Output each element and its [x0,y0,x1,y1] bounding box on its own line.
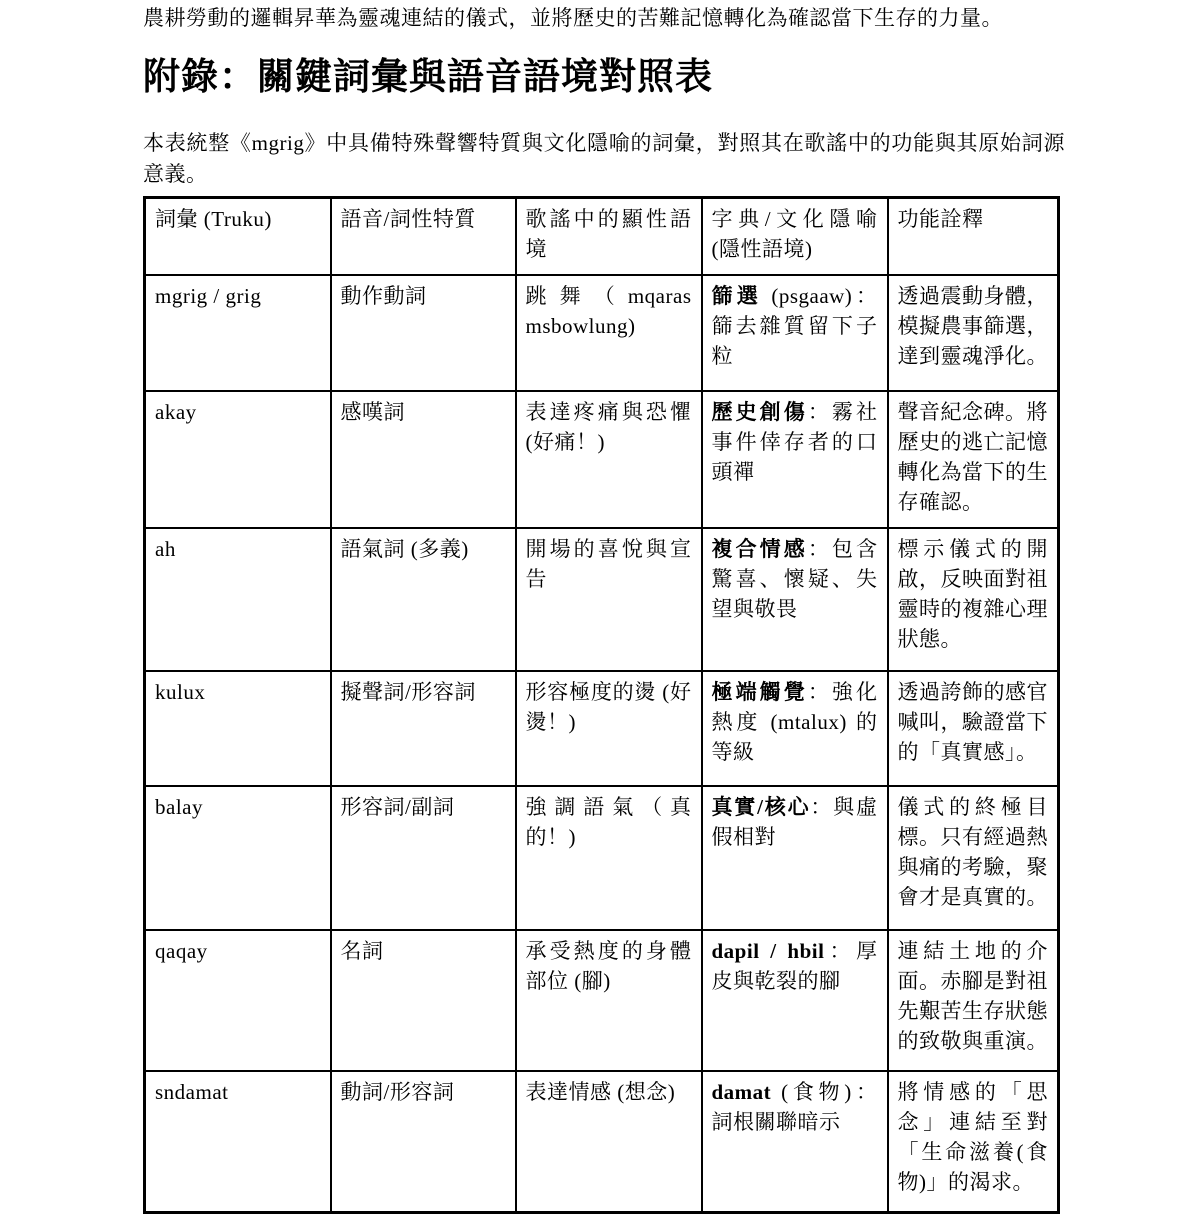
implicit-context-cell: 複合情感：包含驚喜、懷疑、失望與敬畏 [702,528,888,671]
implicit-term-lead: dapil / hbil [712,939,825,963]
explicit-context-cell: 表達情感 (想念) [516,1071,702,1213]
implicit-context-cell: 歷史創傷：霧社事件倖存者的口頭禪 [702,391,888,528]
header-cell-term: 詞彙 (Truku) [145,198,331,275]
function-cell: 儀式的終極目標。只有經過熱與痛的考驗，聚會才是真實的。 [888,786,1059,930]
table-row: balay 形容詞/副詞 強調語氣（真的！) 真實/核心：與虛假相對 儀式的終極… [145,786,1059,930]
phonetics-cell: 語氣詞 (多義) [331,528,516,671]
explicit-context-cell: 跳舞（mqaras msbowlung) [516,275,702,391]
implicit-term-lead: 極端觸覺 [712,680,808,704]
table-row: ah 語氣詞 (多義) 開場的喜悅與宣告 複合情感：包含驚喜、懷疑、失望與敬畏 … [145,528,1059,671]
implicit-context-cell: damat (食物)：詞根關聯暗示 [702,1071,888,1213]
phonetics-cell: 動詞/形容詞 [331,1071,516,1213]
phonetics-cell: 感嘆詞 [331,391,516,528]
document-page: 農耕勞動的邏輯昇華為靈魂連結的儀式，並將歷史的苦難記憶轉化為確認當下生存的力量。… [0,0,1200,1218]
header-cell-phonetics: 語音/詞性特質 [331,198,516,275]
explicit-context-cell: 承受熱度的身體部位 (腳) [516,930,702,1071]
explicit-context-cell: 形容極度的燙 (好燙！) [516,671,702,786]
table-row: kulux 擬聲詞/形容詞 形容極度的燙 (好燙！) 極端觸覺：強化熱度 (mt… [145,671,1059,786]
table-row: sndamat 動詞/形容詞 表達情感 (想念) damat (食物)：詞根關聯… [145,1071,1059,1213]
term-cell: kulux [145,671,331,786]
implicit-term-lead: 歷史創傷 [712,400,808,424]
table-intro: 本表統整《mgrig》中具備特殊聲響特質與文化隱喻的詞彙，對照其在歌謠中的功能與… [143,128,1065,190]
term-cell: balay [145,786,331,930]
explicit-context-cell: 強調語氣（真的！) [516,786,702,930]
phonetics-cell: 形容詞/副詞 [331,786,516,930]
function-cell: 標示儀式的開啟，反映面對祖靈時的複雜心理狀態。 [888,528,1059,671]
table-row: akay 感嘆詞 表達疼痛與恐懼 (好痛！) 歷史創傷：霧社事件倖存者的口頭禪 … [145,391,1059,528]
phonetics-cell: 動作動詞 [331,275,516,391]
paragraph-continuation: 農耕勞動的邏輯昇華為靈魂連結的儀式，並將歷史的苦難記憶轉化為確認當下生存的力量。 [143,0,1065,33]
term-cell: akay [145,391,331,528]
appendix-heading: 附錄：關鍵詞彙與語音語境對照表 [143,54,1065,102]
header-cell-function: 功能詮釋 [888,198,1059,275]
term-cell: mgrig / grig [145,275,331,391]
term-cell: qaqay [145,930,331,1071]
explicit-context-cell: 表達疼痛與恐懼 (好痛！) [516,391,702,528]
vocab-table: 詞彙 (Truku) 語音/詞性特質 歌謠中的顯性語境 字典/文化隱喻 (隱性語… [143,196,1060,1214]
implicit-context-cell: 篩選 (psgaaw)：篩去雜質留下子粒 [702,275,888,391]
function-cell: 透過誇飾的感官喊叫，驗證當下的「真實感」。 [888,671,1059,786]
header-cell-implicit-context: 字典/文化隱喻 (隱性語境) [702,198,888,275]
implicit-context-cell: 極端觸覺：強化熱度 (mtalux) 的等級 [702,671,888,786]
term-cell: ah [145,528,331,671]
implicit-term-lead: damat [712,1080,772,1104]
document-content: 農耕勞動的邏輯昇華為靈魂連結的儀式，並將歷史的苦難記憶轉化為確認當下生存的力量。… [143,0,1065,1214]
phonetics-cell: 名詞 [331,930,516,1071]
phonetics-cell: 擬聲詞/形容詞 [331,671,516,786]
table-row: qaqay 名詞 承受熱度的身體部位 (腳) dapil / hbil：厚皮與乾… [145,930,1059,1071]
term-cell: sndamat [145,1071,331,1213]
function-cell: 透過震動身體，模擬農事篩選，達到靈魂淨化。 [888,275,1059,391]
table-row: mgrig / grig 動作動詞 跳舞（mqaras msbowlung) 篩… [145,275,1059,391]
function-cell: 聲音紀念碑。將歷史的逃亡記憶轉化為當下的生存確認。 [888,391,1059,528]
implicit-context-cell: dapil / hbil：厚皮與乾裂的腳 [702,930,888,1071]
header-cell-explicit-context: 歌謠中的顯性語境 [516,198,702,275]
implicit-context-cell: 真實/核心：與虛假相對 [702,786,888,930]
implicit-term-lead: 篩選 [712,284,762,308]
explicit-context-cell: 開場的喜悅與宣告 [516,528,702,671]
table-header-row: 詞彙 (Truku) 語音/詞性特質 歌謠中的顯性語境 字典/文化隱喻 (隱性語… [145,198,1059,275]
function-cell: 連結土地的介面。赤腳是對祖先艱苦生存狀態的致敬與重演。 [888,930,1059,1071]
implicit-term-lead: 真實/核心 [712,795,811,819]
implicit-term-lead: 複合情感 [712,537,808,561]
function-cell: 將情感的「思念」連結至對「生命滋養(食物)」的渴求。 [888,1071,1059,1213]
